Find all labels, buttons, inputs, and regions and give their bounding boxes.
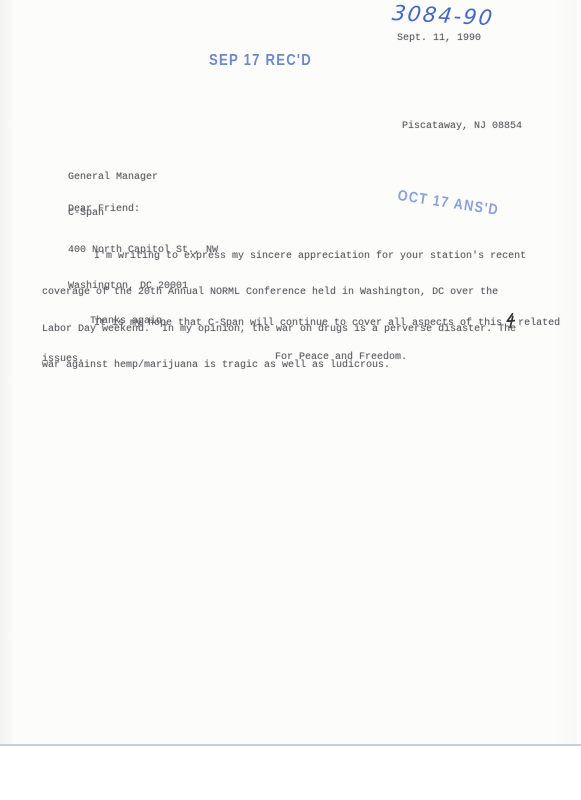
recipient-title: General Manager [68,172,218,184]
handwritten-ampersand-annotation-icon [506,313,515,328]
salutation: Dear Friend: [68,204,140,216]
paragraph-line: I'm writing to express my sincere apprec… [42,251,526,263]
received-date-stamp: SEP 17 REC'D [209,52,312,70]
paper-bottom-edge [0,744,581,746]
sender-location: Piscataway, NJ 08854 [402,121,522,133]
paragraph-text-after-annotation: related [518,318,560,329]
closing-line: For Peace and Freedom. [275,352,407,364]
body-paragraph-2: It is my hope that C-Span will continue … [42,289,560,391]
thanks-line: Thanks again. [90,316,168,328]
letter-date: Sept. 11, 1990 [397,33,481,45]
scanned-letter: 3084-90 Sept. 11, 1990 SEP 17 REC'D Pisc… [0,0,581,800]
